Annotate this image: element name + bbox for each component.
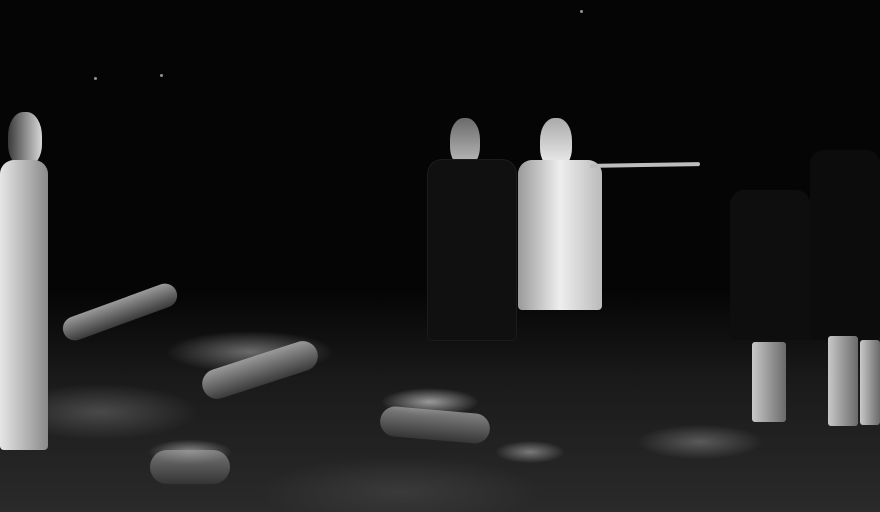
light-speck [580,10,583,13]
boot [828,336,858,426]
dark-coat [428,160,516,340]
dark-uniform [730,190,810,340]
rock [150,450,230,484]
light-speck [94,77,97,80]
head [8,112,42,166]
boot [752,342,786,422]
light-speck [160,74,163,77]
pointing-stick [590,162,700,168]
light-coat [0,160,48,450]
boot [860,340,880,425]
light-coat [518,160,602,310]
head [450,118,480,166]
dark-uniform [810,150,880,340]
photograph [0,0,880,512]
